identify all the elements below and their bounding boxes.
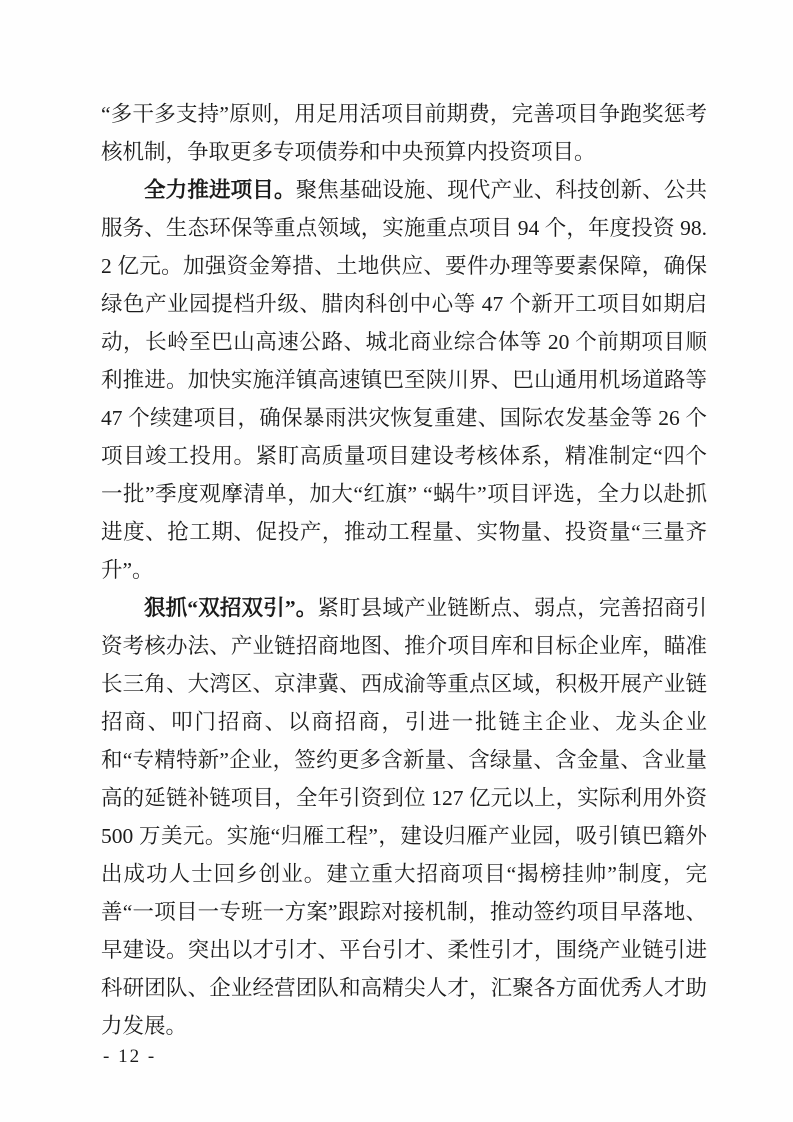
document-page: “多干多支持”原则，用足用活项目前期费，完善项目争跑奖惩考核机制，争取更多专项债… [0,0,793,1122]
paragraph-continuation-text: “多干多支持”原则，用足用活项目前期费，完善项目争跑奖惩考核机制，争取更多专项债… [101,102,707,164]
paragraph-project-promotion-lead: 全力推进项目。 [144,178,296,202]
paragraph-project-promotion: 全力推进项目。聚焦基础设施、现代产业、科技创新、公共服务、生态环保等重点领域，实… [101,171,707,589]
paragraph-investment-attraction-lead: 狠抓“双招双引”。 [144,596,317,620]
paragraph-investment-attraction-text: 紧盯县域产业链断点、弱点，完善招商引资考核办法、产业链招商地图、推介项目库和目标… [101,596,707,1038]
paragraph-continuation: “多干多支持”原则，用足用活项目前期费，完善项目争跑奖惩考核机制，争取更多专项债… [101,95,707,171]
document-content: “多干多支持”原则，用足用活项目前期费，完善项目争跑奖惩考核机制，争取更多专项债… [101,95,707,1045]
page-footer: - 12 - [103,1046,156,1068]
paragraph-investment-attraction: 狠抓“双招双引”。紧盯县域产业链断点、弱点，完善招商引资考核办法、产业链招商地图… [101,589,707,1045]
paragraph-project-promotion-text: 聚焦基础设施、现代产业、科技创新、公共服务、生态环保等重点领域，实施重点项目 9… [101,178,707,582]
page-number: - 12 - [103,1046,156,1067]
